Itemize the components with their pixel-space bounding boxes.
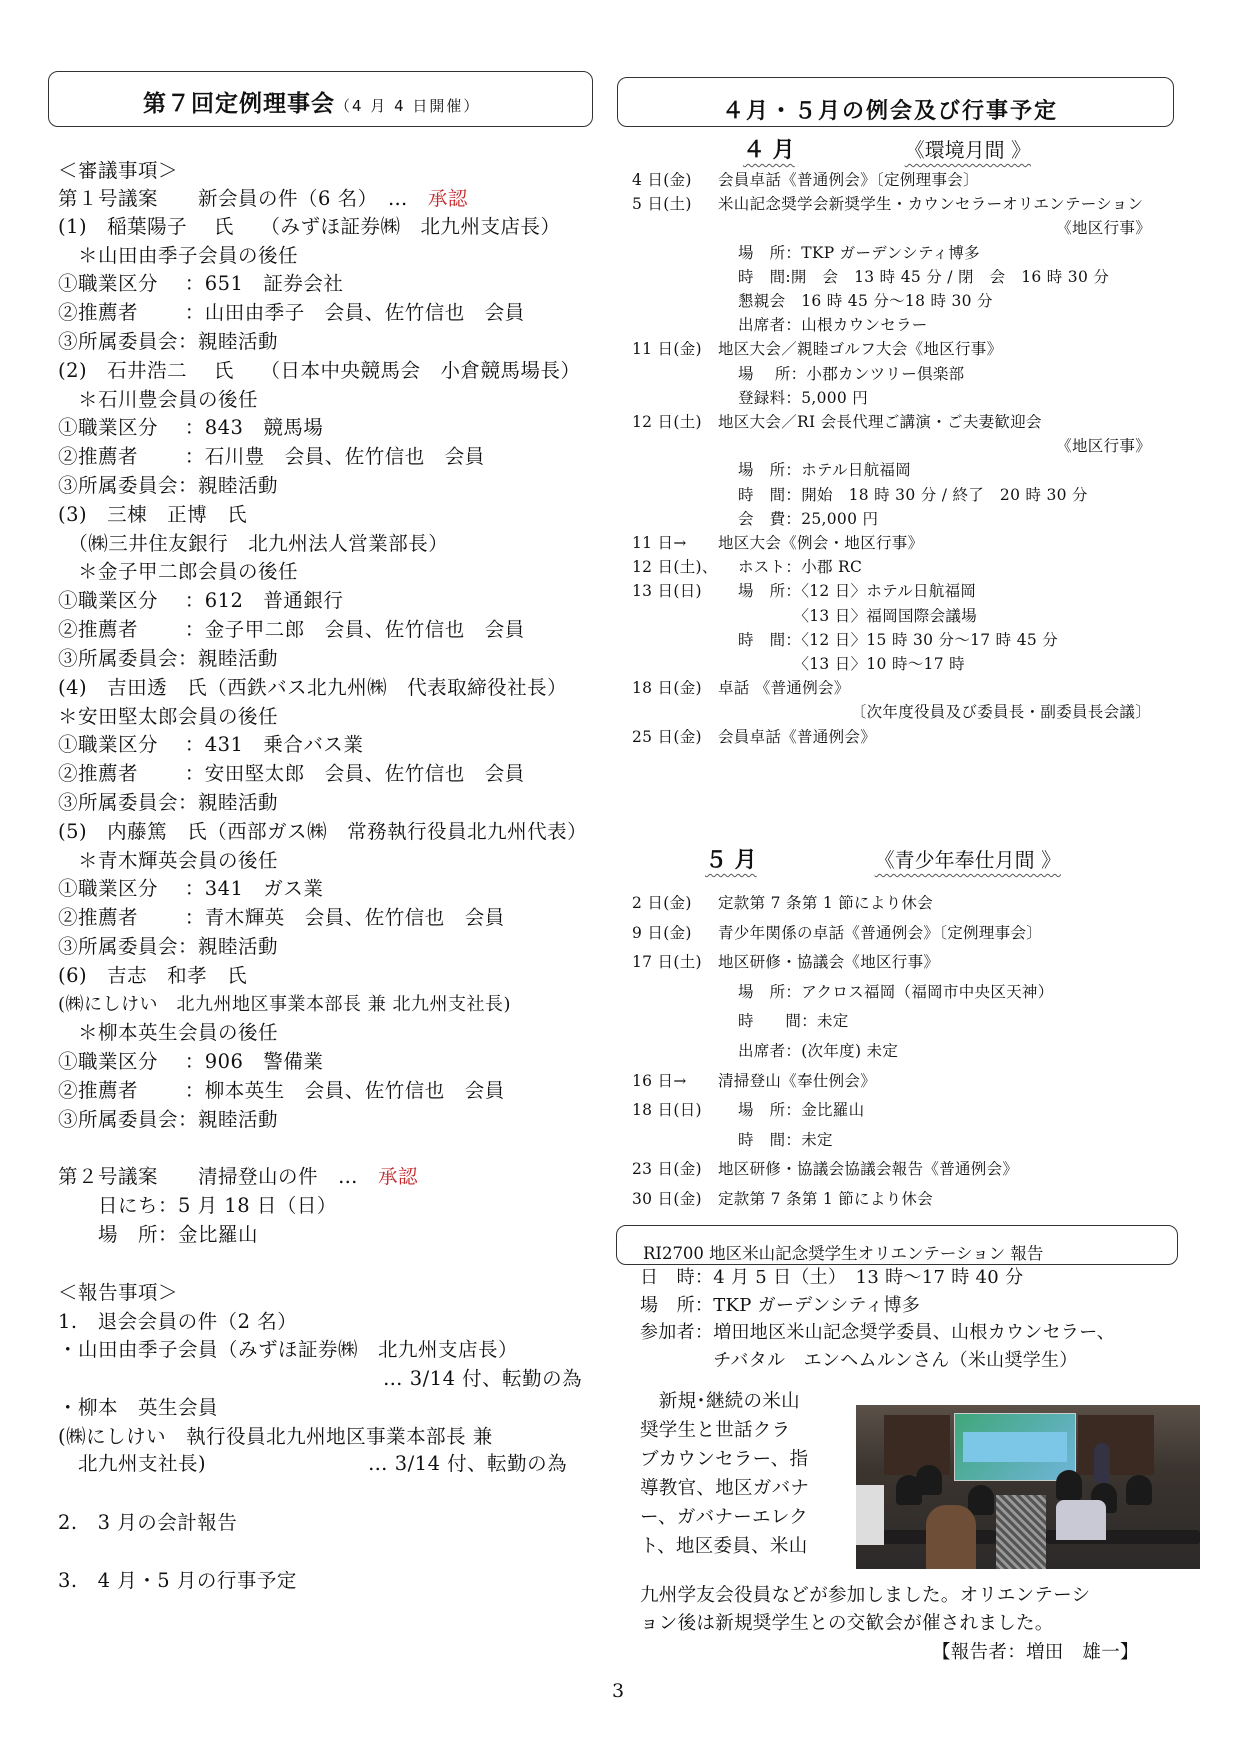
schedule-text: 会員卓話《普通例会》 (718, 726, 876, 748)
right-column: ４ 月《環境月間 》 4 日(金)会員卓話《普通例会》〔定例理事会〕5 日(土)… (0, 0, 1241, 1755)
schedule-text: 場 所：TKP ガーデンシティ博多 (738, 242, 980, 264)
schedule-text: 地区大会／RI 会長代理ご講演・ご夫妻歓迎会 (718, 411, 1042, 433)
schedule-text: 場 所：金比羅山 (738, 1099, 864, 1121)
schedule-text: 地区研修・協議会《地区行事》 (718, 951, 939, 973)
report-datetime: 日 時：4 月 5 日（土） 13 時～17 時 40 分 (640, 1267, 1023, 1289)
may-label: ５ 月 (705, 848, 757, 873)
report-attendees-2: チバタル エンヘムルンさん（米山奨学生） (640, 1350, 1078, 1372)
report-body-line: 九州学友会役員などが参加しました。オリエンテーシ (640, 1585, 1090, 1607)
schedule-date: 25 日(金) (632, 726, 702, 748)
schedule-date: 17 日(土) (632, 951, 702, 973)
page-number: 3 (612, 1680, 624, 1702)
report-body-line: 導教官、地区ガバナ (640, 1478, 809, 1500)
schedule-text: 場 所：ホテル日航福岡 (738, 459, 911, 481)
report-attendees-1: 参加者：増田地区米山記念奨学委員、山根カウンセラー、 (640, 1322, 1115, 1344)
schedule-date: 18 日(日) (632, 1099, 702, 1121)
schedule-text: 定款第 7 条第 1 節により休会 (718, 892, 933, 914)
schedule-text: 場 所：アクロス福岡（福岡市中央区天神） (738, 981, 1054, 1003)
schedule-text: 《地区行事》 (1056, 435, 1151, 457)
schedule-text: 場 所：小郡カンツリー倶楽部 (738, 363, 964, 385)
schedule-text: 会 費：25,000 円 (738, 508, 878, 530)
schedule-text: 清掃登山《奉仕例会》 (718, 1070, 876, 1092)
orientation-report-title: RI2700 地区米山記念奨学生オリエンテーション 報告 (643, 1240, 1043, 1264)
schedule-text: 登録料：5,000 円 (738, 387, 868, 409)
report-body-line: 奨学生と世話クラ (640, 1420, 790, 1442)
schedule-text: 地区研修・協議会協議会報告《普通例会》 (718, 1158, 1018, 1180)
may-theme: 《青少年奉仕月間 》 (875, 848, 1061, 872)
report-body-line: ブカウンセラー、指 (640, 1449, 808, 1471)
schedule-text: 地区大会／親睦ゴルフ大会《地区行事》 (718, 338, 1002, 360)
schedule-date: 16 日→ (632, 1070, 687, 1092)
schedule-text: 地区大会《例会・地区行事》 (718, 532, 923, 554)
orientation-photo (856, 1405, 1200, 1569)
schedule-date: 12 日(土) (632, 411, 702, 433)
schedule-text: ホスト：小郡 RC (738, 556, 862, 578)
schedule-date: 9 日(金) (632, 922, 692, 944)
schedule-text: 卓話 《普通例会》 (718, 677, 850, 699)
schedule-text: 懇親会 16 時 45 分～18 時 30 分 (738, 290, 993, 312)
schedule-date: 30 日(金) (632, 1188, 702, 1210)
report-place: 場 所：TKP ガーデンシティ博多 (640, 1295, 920, 1317)
schedule-date: 11 日→ (632, 532, 687, 554)
schedule-date: 4 日(金) (632, 169, 692, 191)
schedule-text: 青少年関係の卓話《普通例会》〔定例理事会〕 (718, 922, 1042, 944)
schedule-date: 18 日(金) (632, 677, 702, 699)
schedule-date: 11 日(金) (632, 338, 702, 360)
report-body-line: ョン後は新規奨学生との交歓会が催されました。 (640, 1613, 1054, 1635)
april-theme: 《環境月間 》 (905, 138, 1031, 162)
schedule-text: 出席者：(次年度) 未定 (738, 1040, 898, 1062)
schedule-date: 5 日(土) (632, 193, 692, 215)
schedule-text: 時 間：開始 18 時 30 分 / 終了 20 時 30 分 (738, 484, 1088, 506)
schedule-date: 2 日(金) (632, 892, 692, 914)
reporter: 【報告者：増田 雄一】 (932, 1642, 1139, 1664)
schedule-text: 場 所：〈12 日〉ホテル日航福岡 (738, 580, 976, 602)
schedule-text: 時 間:開 会 13 時 45 分 / 閉 会 16 時 30 分 (738, 266, 1109, 288)
april-label: ４ 月 (743, 138, 795, 163)
schedule-text: 米山記念奨学会新奨学生・カウンセラーオリエンテーション (718, 193, 1143, 215)
report-body-line: ー、ガバナーエレク (640, 1507, 808, 1529)
schedule-text: 時 間：〈12 日〉15 時 30 分～17 時 45 分 (738, 629, 1058, 651)
april-header: ４ 月《環境月間 》 (743, 133, 1031, 164)
schedule-date: 12 日(土)、 (632, 556, 718, 578)
schedule-text: 《地区行事》 (1056, 217, 1151, 239)
schedule-text: 時 間：未定 (738, 1010, 849, 1032)
schedule-text: 会員卓話《普通例会》〔定例理事会〕 (718, 169, 979, 191)
schedule-text: 出席者：山根カウンセラー (738, 314, 928, 336)
schedule-date: 23 日(金) (632, 1158, 702, 1180)
schedule-text: 〈13 日〉10 時～17 時 (738, 653, 965, 675)
orientation-report-box: RI2700 地区米山記念奨学生オリエンテーション 報告 (616, 1225, 1178, 1265)
may-header: ５ 月《青少年奉仕月間 》 (705, 843, 1061, 874)
schedule-text: 定款第 7 条第 1 節により休会 (718, 1188, 933, 1210)
report-body-line: ト、地区委員、米山 (640, 1536, 808, 1558)
schedule-text: 時 間：未定 (738, 1129, 833, 1151)
schedule-text: 〔次年度役員及び委員長・副委員長会議〕 (851, 701, 1151, 723)
report-body-line: 新規･継続の米山 (640, 1391, 800, 1413)
schedule-text: 〈13 日〉福岡国際会議場 (738, 605, 977, 627)
schedule-date: 13 日(日) (632, 580, 702, 602)
